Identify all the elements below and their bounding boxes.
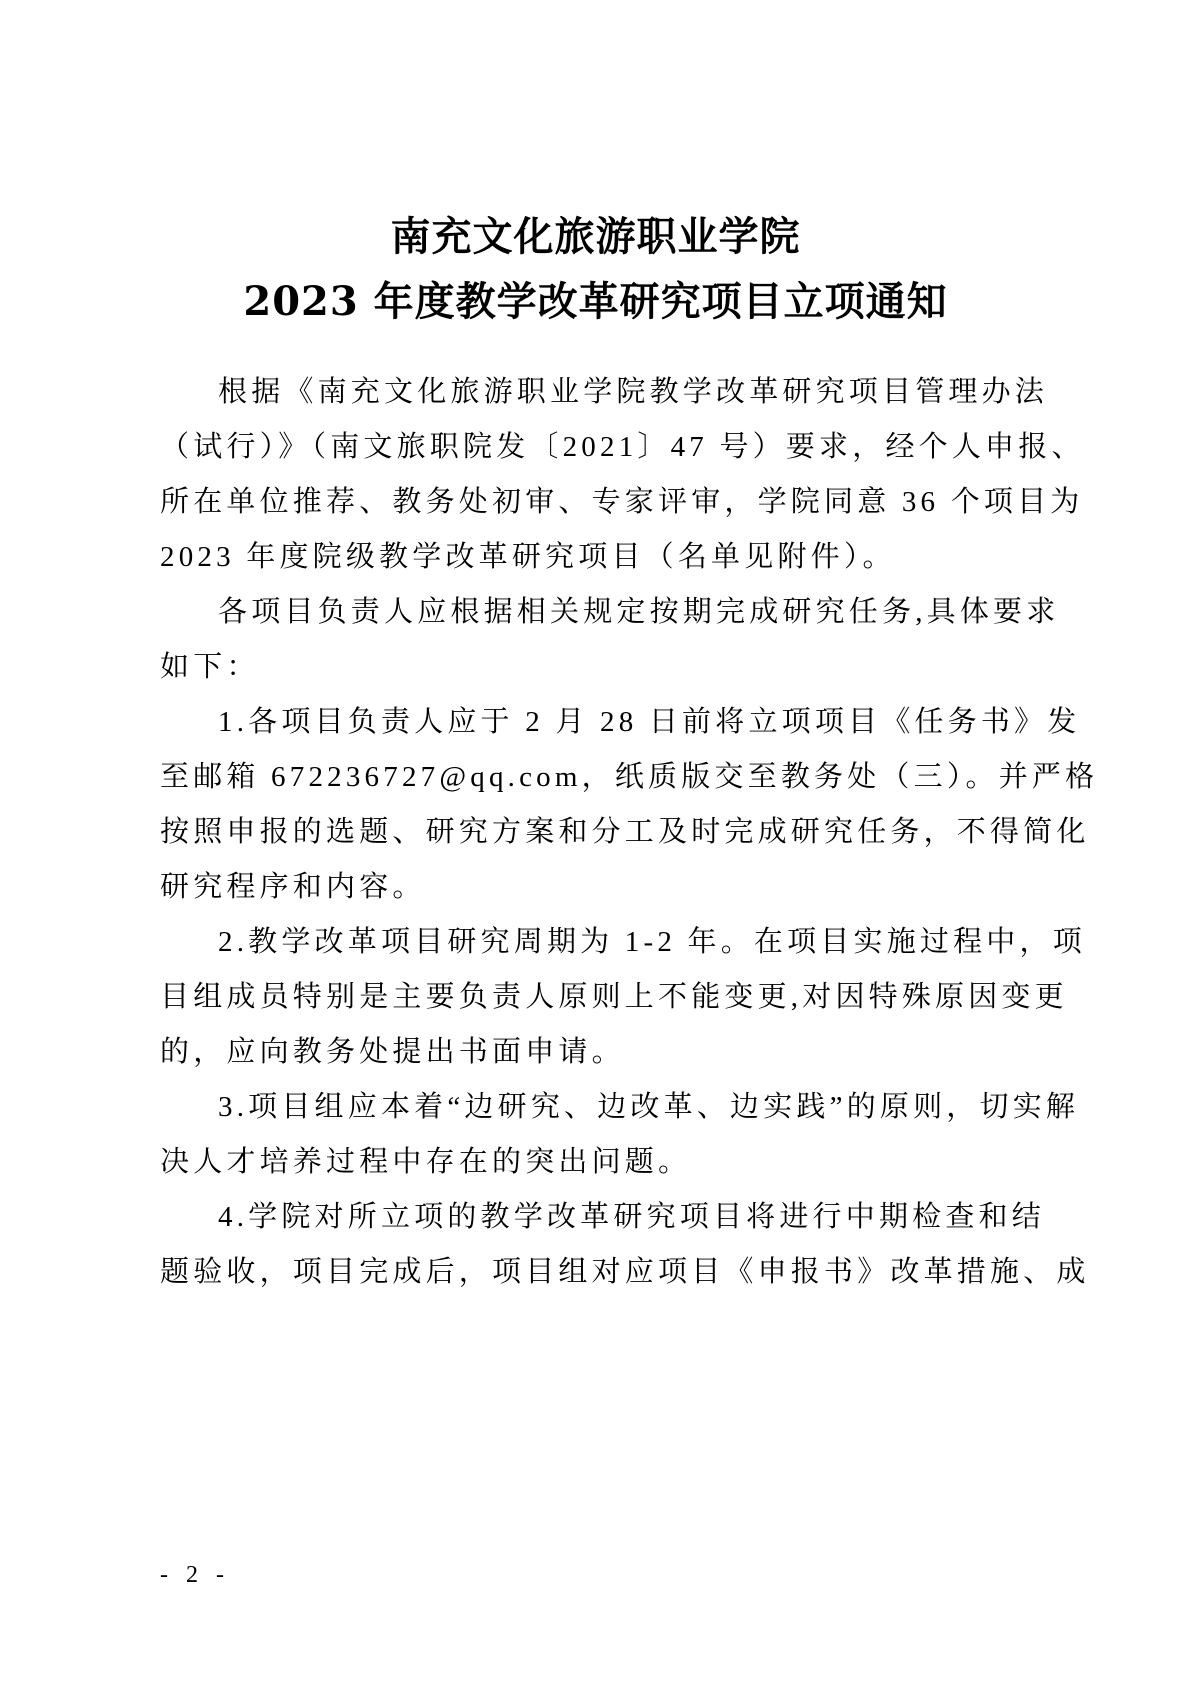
- body-line: 按照申报的选题、研究方案和分工及时完成研究任务，不得简化: [160, 812, 1050, 852]
- body-line: 2023 年度院级教学改革研究项目（名单见附件）。: [160, 537, 1050, 577]
- body-line: （试行）》（南文旅职院发〔2021〕47 号）要求，经个人申报、: [160, 427, 1050, 467]
- body-line: 各项目负责人应根据相关规定按期完成研究任务,具体要求: [218, 592, 1050, 632]
- document-page: 南充文化旅游职业学院 2023 年度教学改革研究项目立项通知 根据《南充文化旅游…: [0, 0, 1191, 1684]
- page-number: - 2 -: [160, 1562, 230, 1589]
- title-notice: 2023 年度教学改革研究项目立项通知: [0, 277, 1191, 327]
- requirement-3-line: 3.项目组应本着“边研究、边改革、边实践”的原则，切实解: [218, 1087, 1050, 1127]
- body-line: 决人才培养过程中存在的突出问题。: [160, 1142, 1050, 1182]
- body-line: 研究程序和内容。: [160, 867, 1050, 907]
- body-line: 目组成员特别是主要负责人原则上不能变更,对因特殊原因变更: [160, 977, 1050, 1017]
- body-line: 根据《南充文化旅游职业学院教学改革研究项目管理办法: [218, 372, 1050, 412]
- body-line: 所在单位推荐、教务处初审、专家评审，学院同意 36 个项目为: [160, 482, 1050, 522]
- requirement-1-line: 1.各项目负责人应于 2 月 28 日前将立项项目《任务书》发: [218, 702, 1050, 742]
- requirement-1-email-line: 至邮箱 672236727@qq.com，纸质版交至教务处（三）。并严格: [160, 757, 1050, 797]
- requirement-4-line: 4.学院对所立项的教学改革研究项目将进行中期检查和结: [218, 1197, 1050, 1237]
- requirement-2-line: 2.教学改革项目研究周期为 1-2 年。在项目实施过程中，项: [218, 922, 1050, 962]
- body-line: 如下：: [160, 647, 1050, 687]
- body-line: 题验收，项目完成后，项目组对应项目《申报书》改革措施、成: [160, 1252, 1050, 1292]
- body-line: 的，应向教务处提出书面申请。: [160, 1032, 1050, 1072]
- title-institution: 南充文化旅游职业学院: [0, 212, 1191, 262]
